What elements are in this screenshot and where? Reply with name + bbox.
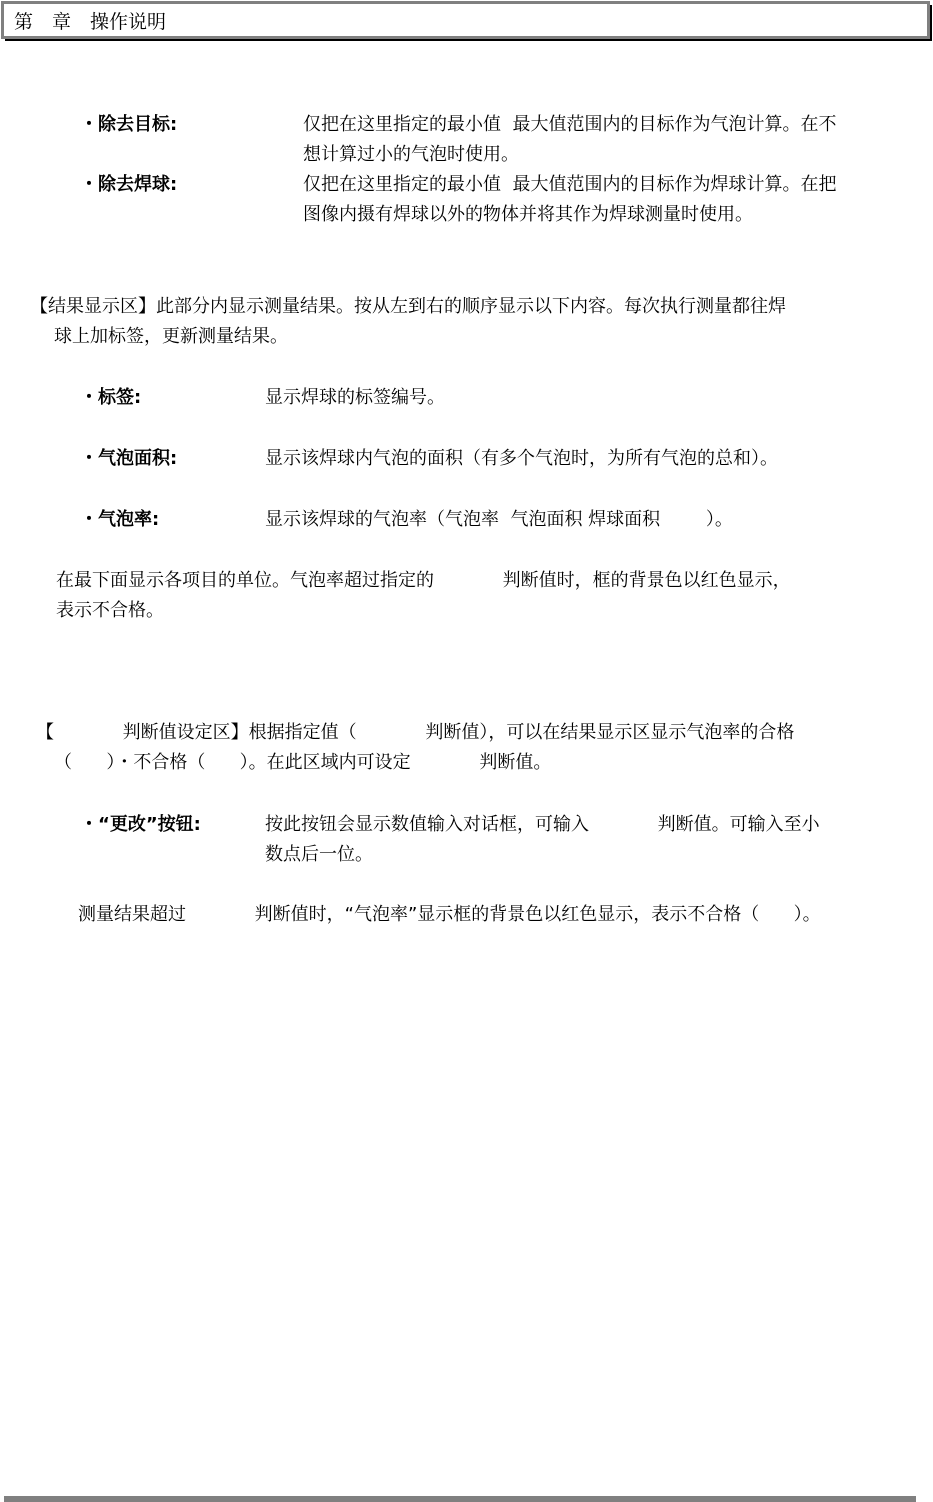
result-label-void-rate: ・气泡率:	[80, 509, 159, 531]
filter-desc-remove-targets-line1: 仅把在这里指定的最小值 最大值范围内的目标作为气泡计算。在不	[303, 114, 836, 136]
judgment-note: 测量结果超过 判断值时，“气泡率”显示框的背景色以红色显示，表示不合格（ ）。	[78, 904, 821, 926]
filter-desc-remove-balls-line2: 图像内摄有焊球以外的物体并将其作为焊球测量时使用。	[303, 204, 753, 226]
result-label-tag: ・标签:	[80, 387, 141, 409]
filter-label-remove-balls: ・除去焊球:	[80, 174, 177, 196]
chapter-title: 第 章 操作说明	[14, 10, 166, 34]
result-desc-void-area: 显示该焊球内气泡的面积（有多个气泡时，为所有气泡的总和）。	[265, 448, 778, 470]
judgment-label-change-button: ・“更改”按钮:	[80, 814, 201, 836]
judgment-desc-change-button-line2: 数点后一位。	[265, 844, 373, 866]
filter-desc-remove-balls-line1: 仅把在这里指定的最小值 最大值范围内的目标作为焊球计算。在把	[303, 174, 836, 196]
chapter-header: 第 章 操作说明	[1, 1, 930, 39]
filter-desc-remove-targets-line2: 想计算过小的气泡时使用。	[303, 144, 519, 166]
judgment-desc-change-button-line1: 按此按钮会显示数值输入对话框，可输入 判断值。可输入至小	[265, 814, 820, 836]
footer-divider	[4, 1496, 916, 1502]
result-label-void-area: ・气泡面积:	[80, 448, 177, 470]
result-intro-line1: 【结果显示区】此部分内显示测量结果。按从左到右的顺序显示以下内容。每次执行测量都…	[30, 296, 786, 318]
judgment-intro-line2: （ ）・不合格（ ）。在此区域内可设定 判断值。	[54, 752, 551, 774]
result-desc-void-rate: 显示该焊球的气泡率（气泡率 气泡面积 焊球面积 ）。	[265, 509, 733, 531]
filter-label-remove-targets: ・除去目标:	[80, 114, 177, 136]
result-desc-tag: 显示焊球的标签编号。	[265, 387, 445, 409]
result-note-line1: 在最下面显示各项目的单位。气泡率超过指定的 判断值时，框的背景色以红色显示，	[56, 570, 791, 592]
judgment-intro-line1: 【 判断值设定区】根据指定值（ 判断值），可以在结果显示区显示气泡率的合格	[36, 722, 794, 744]
result-intro-line2: 球上加标签，更新测量结果。	[54, 326, 288, 348]
result-note-line2: 表示不合格。	[56, 600, 164, 622]
